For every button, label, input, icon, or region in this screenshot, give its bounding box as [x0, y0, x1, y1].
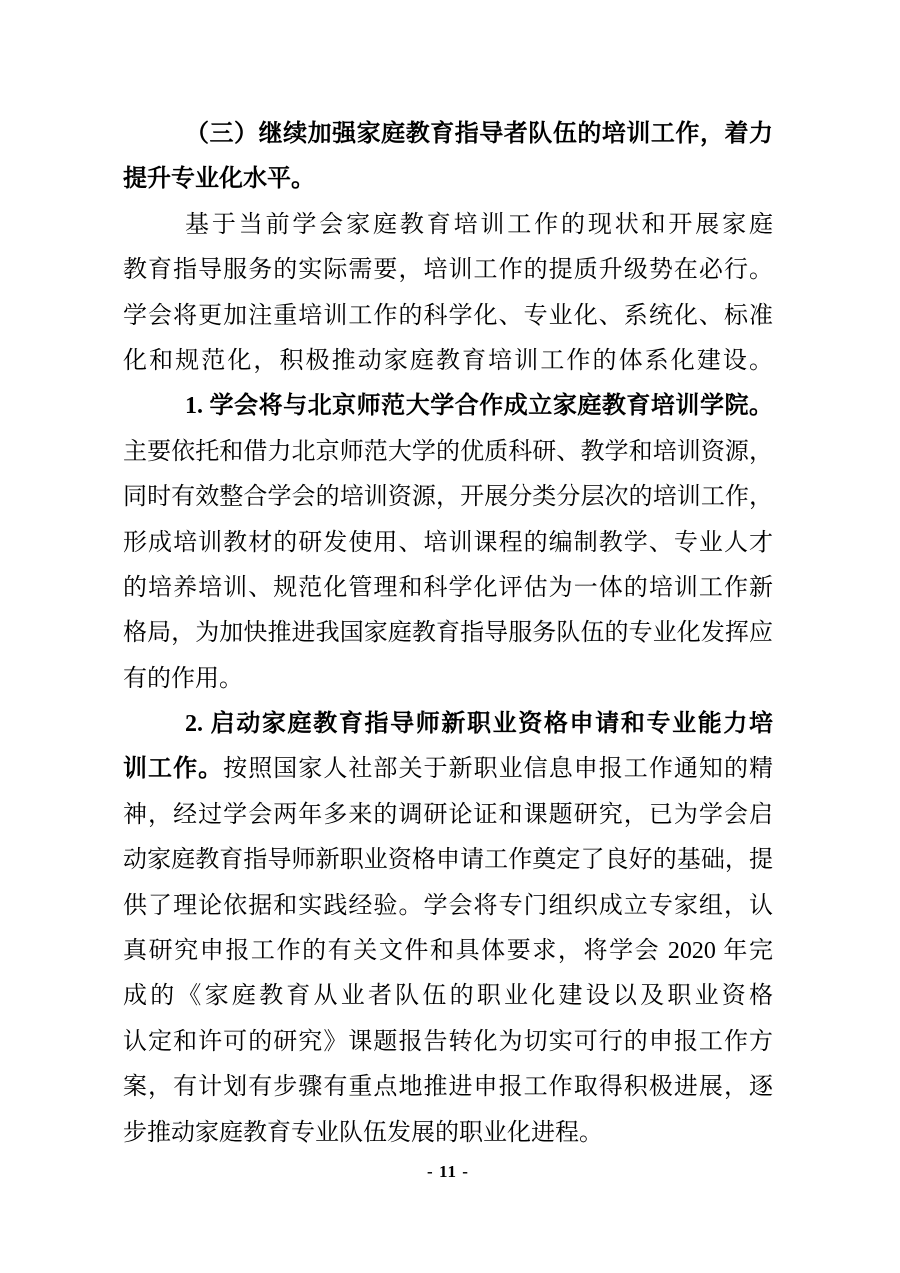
text-line: 学会将更加注重培训工作的科学化、专业化、系统化、标准 — [123, 294, 773, 339]
text-line: 化和规范化，积极推动家庭教育培训工作的体系化建设。 — [123, 339, 773, 384]
text-line: 神，经过学会两年多来的调研论证和课题研究，已为学会启 — [123, 793, 773, 838]
text-line: 训工作。按照国家人社部关于新职业信息申报工作通知的精 — [123, 747, 773, 792]
numbered-point-1-line: 1. 学会将与北京师范大学合作成立家庭教育培训学院。 — [123, 384, 773, 429]
numbered-point-2-line: 2. 启动家庭教育指导师新职业资格申请和专业能力培 — [123, 702, 773, 747]
text-line: 成的《家庭教育从业者队伍的职业化建设以及职业资格 — [123, 974, 773, 1019]
text-line: 基于当前学会家庭教育培训工作的现状和开展家庭 — [123, 203, 773, 248]
text-line: 教育指导服务的实际需要，培训工作的提质升级势在必行。 — [123, 248, 773, 293]
section-heading-line: （三）继续加强家庭教育指导者队伍的培训工作，着力 — [123, 112, 773, 157]
text-line: 格局，为加快推进我国家庭教育指导服务队伍的专业化发挥应 — [123, 611, 773, 656]
text-line: 的培养培训、规范化管理和科学化评估为一体的培训工作新 — [123, 566, 773, 611]
text-line: 同时有效整合学会的培训资源，开展分类分层次的培训工作， — [123, 475, 773, 520]
text-line: 主要依托和借力北京师范大学的优质科研、教学和培训资源， — [123, 430, 773, 475]
section-heading-line: 提升专业化水平。 — [123, 157, 773, 202]
text-line: 形成培训教材的研发使用、培训课程的编制教学、专业人才 — [123, 521, 773, 566]
text-line: 步推动家庭教育专业队伍发展的职业化进程。 — [123, 1111, 773, 1156]
page-number: - 11 - — [123, 1161, 773, 1183]
text-line: 动家庭教育指导师新职业资格申请工作奠定了良好的基础，提 — [123, 838, 773, 883]
document-page: （三）继续加强家庭教育指导者队伍的培训工作，着力 提升专业化水平。 基于当前学会… — [0, 0, 900, 1273]
text-line: 案，有计划有步骤有重点地推进申报工作取得积极进展，逐 — [123, 1065, 773, 1110]
text-line: 供了理论依据和实践经验。学会将专门组织成立专家组，认 — [123, 884, 773, 929]
text-line: 真研究申报工作的有关文件和具体要求，将学会 2020 年完 — [123, 929, 773, 974]
text-line: 有的作用。 — [123, 657, 773, 702]
document-body: （三）继续加强家庭教育指导者队伍的培训工作，着力 提升专业化水平。 基于当前学会… — [123, 112, 773, 1183]
text-line: 认定和许可的研究》课题报告转化为切实可行的申报工作方 — [123, 1020, 773, 1065]
bold-lead-segment: 训工作。 — [123, 756, 223, 782]
text-segment: 按照国家人社部关于新职业信息申报工作通知的精 — [223, 756, 773, 782]
